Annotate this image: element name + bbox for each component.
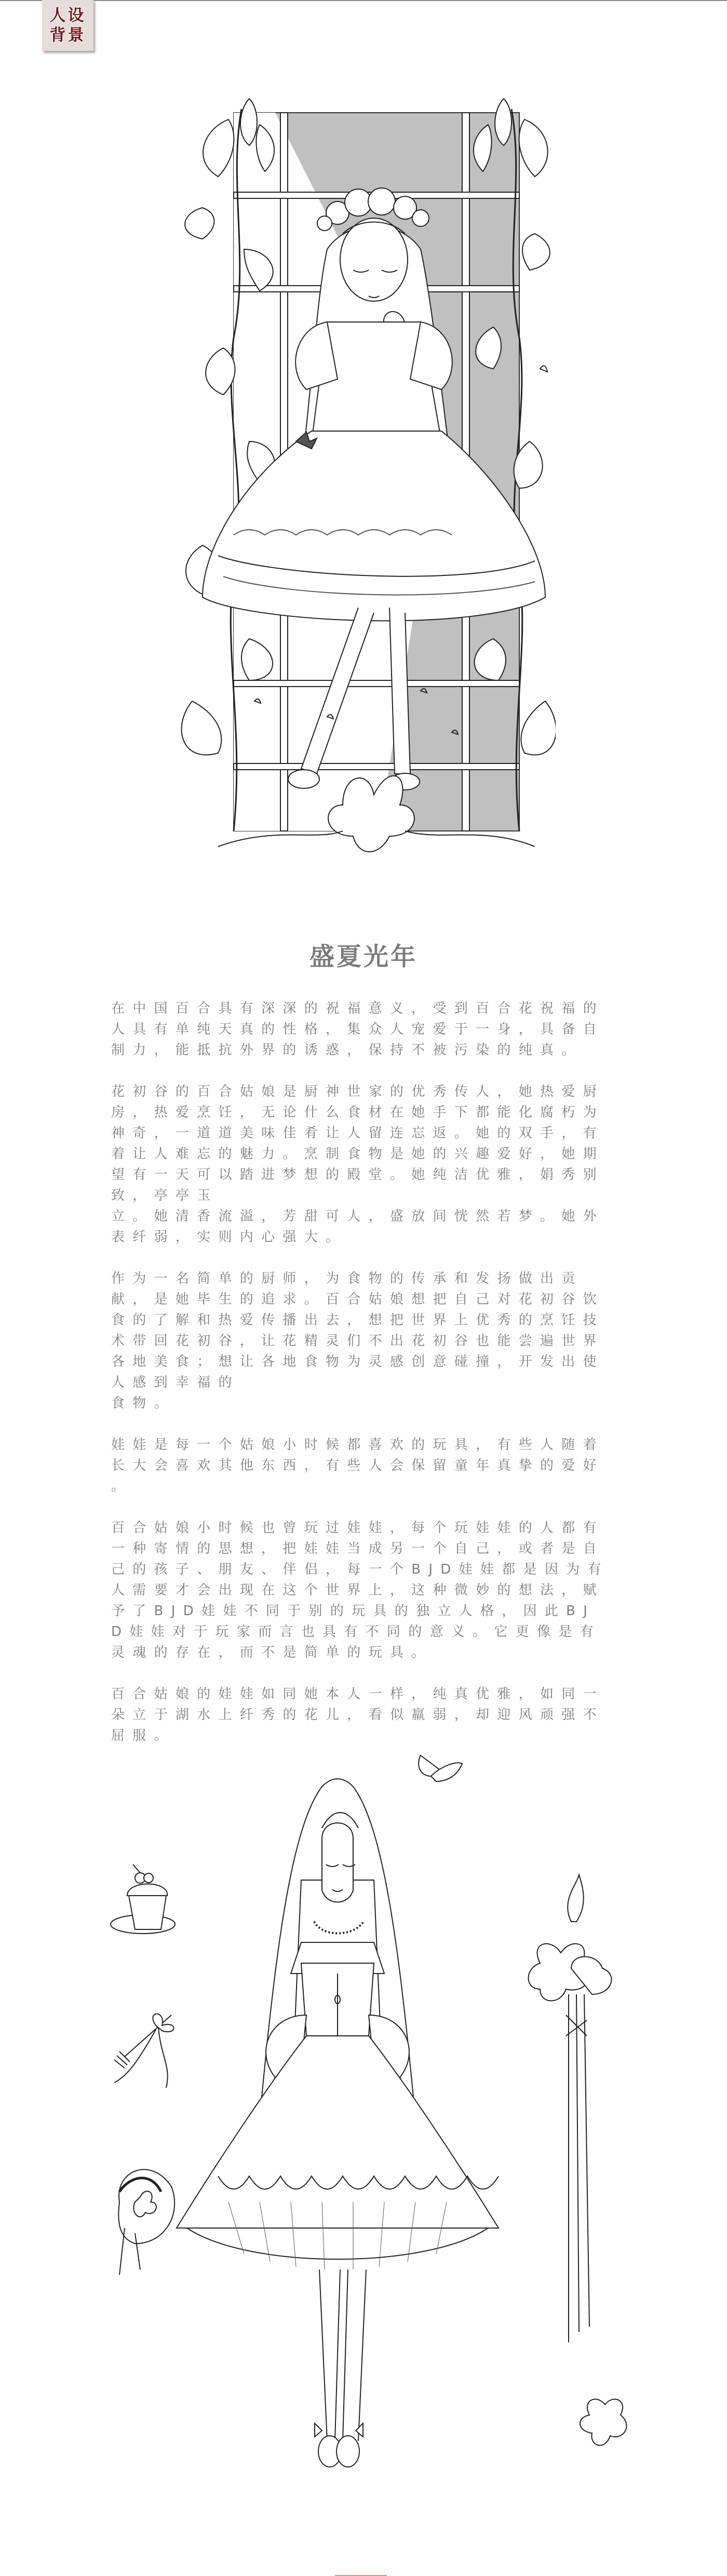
paragraph-2: 花初谷的百合姑娘是厨神世家的优秀传人，她热爱厨房，热爱烹饪，无论什么食材在她手下… <box>111 1081 612 1247</box>
section-badge: 人设 背景 <box>42 0 93 51</box>
cupcake-icon <box>111 1864 175 1934</box>
paragraph-5: 百合姑娘小时候也曾玩过娃娃，每个玩娃娃的人都有一种寄情的思想，把娃娃当成另一个自… <box>111 1518 612 1663</box>
fork-icon <box>114 2014 174 2088</box>
bag-icon <box>118 2169 174 2275</box>
paragraph-3: 作为一名简单的厨师，为食物的传承和发扬做出贡献，是她毕生的追求。百合姑娘想把自己… <box>111 1268 612 1414</box>
badge-line-2: 背景 <box>50 25 86 45</box>
article-body: 在中国百合具有深深的祝福意义，受到百合花祝福的人具有单纯天真的性格，集众人宠爱于… <box>111 998 612 1767</box>
paragraph-6: 百合姑娘的娃娃如同她本人一样，纯真优雅，如同一朵立于湖水上纤秀的花儿，看似羸弱，… <box>111 1684 612 1746</box>
butterfly-icon <box>419 1755 462 1781</box>
lily-bouquet-icon <box>529 1875 612 2342</box>
badge-line-1: 人设 <box>50 6 86 25</box>
top-illustration <box>171 78 556 888</box>
paragraph-4: 娃娃是每一个姑娘小时候都喜欢的玩具，有些人随着长大会喜欢其他东西，有些人会保留童… <box>111 1434 612 1497</box>
lily-flower-icon <box>580 2399 627 2446</box>
article-title: 盛夏光年 <box>0 941 727 972</box>
top-divider <box>0 0 727 1</box>
bottom-illustration <box>104 1745 675 2555</box>
paragraph-1: 在中国百合具有深深的祝福意义，受到百合花祝福的人具有单纯天真的性格，集众人宠爱于… <box>111 998 612 1061</box>
